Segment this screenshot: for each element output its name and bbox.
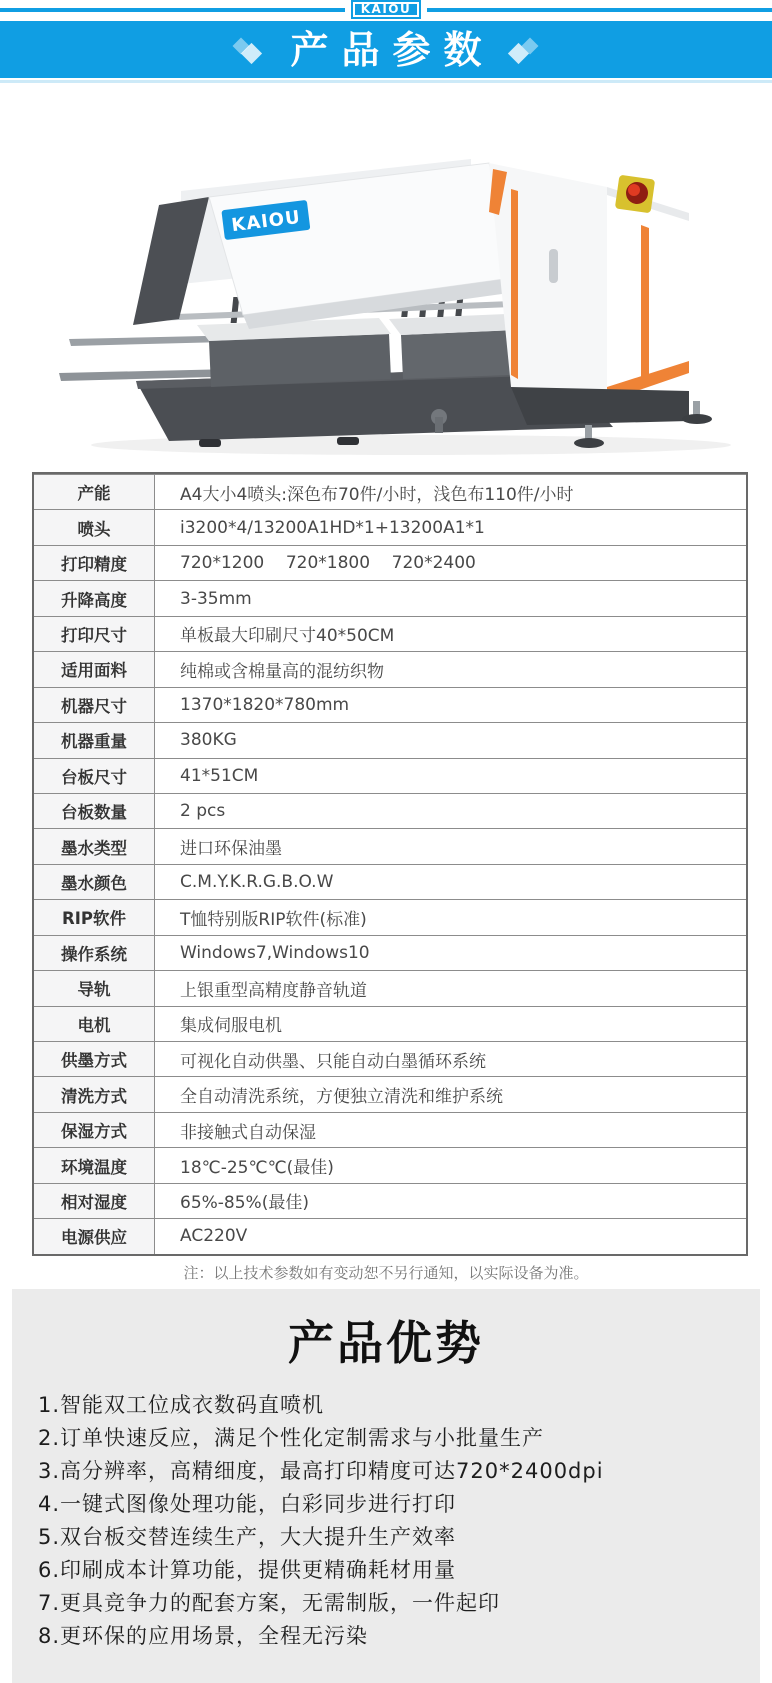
table-row: 台板尺寸 41*51CM xyxy=(34,758,746,793)
spec-label: 操作系统 xyxy=(34,936,155,970)
spec-value: A4大小4喷头:深色布70件/小时，浅色布110件/小时 xyxy=(155,475,746,509)
spec-value: i3200*4/13200A1HD*1+13200A1*1 xyxy=(155,510,746,544)
emergency-stop-button xyxy=(615,175,655,214)
table-row: 适用面料 纯棉或含棉量高的混纺织物 xyxy=(34,651,746,686)
spec-label: 电机 xyxy=(34,1007,155,1041)
strip-line-right xyxy=(427,8,772,12)
table-row: RIP软件 T恤特别版RIP软件(标准) xyxy=(34,899,746,934)
spec-value: T恤特别版RIP软件(标准) xyxy=(155,900,746,934)
spec-value: 集成伺服电机 xyxy=(155,1007,746,1041)
spec-label: 墨水颜色 xyxy=(34,865,155,899)
spec-label: 机器尺寸 xyxy=(34,688,155,722)
spec-label: 相对湿度 xyxy=(34,1184,155,1218)
strip-line-left xyxy=(0,8,345,12)
spec-label: 喷头 xyxy=(34,510,155,544)
table-row: 导轨 上银重型高精度静音轨道 xyxy=(34,970,746,1005)
spec-value: Windows7,Windows10 xyxy=(155,936,746,970)
product-image-container: KAIOU xyxy=(0,83,772,459)
table-row: 打印尺寸 单板最大印刷尺寸40*50CM xyxy=(34,616,746,651)
spec-label: 升降高度 xyxy=(34,581,155,615)
spec-label: 打印尺寸 xyxy=(34,617,155,651)
table-row: 升降高度 3-35mm xyxy=(34,580,746,615)
advantage-item: 7.更具竞争力的配套方案，无需制版，一件起印 xyxy=(38,1587,750,1620)
spec-label: 电源供应 xyxy=(34,1219,155,1253)
spec-label: 机器重量 xyxy=(34,723,155,757)
advantage-item: 2.订单快速反应，满足个性化定制需求与小批量生产 xyxy=(38,1422,750,1455)
table-row: 操作系统 Windows7,Windows10 xyxy=(34,935,746,970)
table-row: 电源供应 AC220V xyxy=(34,1218,746,1253)
spec-label: 台板尺寸 xyxy=(34,759,155,793)
spec-value: 全自动清洗系统，方便独立清洗和维护系统 xyxy=(155,1077,746,1111)
table-row: 电机 集成伺服电机 xyxy=(34,1006,746,1041)
advantages-title: 产品优势 xyxy=(12,1307,760,1373)
spec-value: 可视化自动供墨、只能自动白墨循环系统 xyxy=(155,1042,746,1076)
spec-label: 保湿方式 xyxy=(34,1113,155,1147)
brand-logo: KAIOU xyxy=(351,0,422,19)
table-row: 机器重量 380KG xyxy=(34,722,746,757)
table-row: 墨水类型 进口环保油墨 xyxy=(34,828,746,863)
advantage-item: 4.一键式图像处理功能，白彩同步进行打印 xyxy=(38,1488,750,1521)
table-row: 喷头 i3200*4/13200A1HD*1+13200A1*1 xyxy=(34,509,746,544)
printer-platen xyxy=(209,334,391,387)
table-row: 相对湿度 65%-85%(最佳) xyxy=(34,1183,746,1218)
spec-table: 产能 A4大小4喷头:深色布70件/小时，浅色布110件/小时 喷头 i3200… xyxy=(32,472,748,1256)
page-title: 产品参数 xyxy=(277,31,494,69)
spec-value: 1370*1820*780mm xyxy=(155,688,746,722)
spec-value: AC220V xyxy=(155,1219,746,1253)
spec-value: 单板最大印刷尺寸40*50CM xyxy=(155,617,746,651)
spec-label: 供墨方式 xyxy=(34,1042,155,1076)
table-row: 清洗方式 全自动清洗系统，方便独立清洗和维护系统 xyxy=(34,1076,746,1111)
spec-label: 导轨 xyxy=(34,971,155,1005)
table-row: 产能 A4大小4喷头:深色布70件/小时，浅色布110件/小时 xyxy=(34,474,746,509)
spec-label: 墨水类型 xyxy=(34,829,155,863)
advantage-item: 5.双台板交替连续生产，大大提升生产效率 xyxy=(38,1521,750,1554)
advantage-item: 3.高分辨率，高精细度，最高打印精度可达720*2400dpi xyxy=(38,1455,750,1488)
spec-label: 环境温度 xyxy=(34,1148,155,1182)
advantages-section: 产品优势 1.智能双工位成衣数码直喷机 2.订单快速反应，满足个性化定制需求与小… xyxy=(12,1289,760,1683)
spec-value: 41*51CM xyxy=(155,759,746,793)
table-row: 打印精度 720*1200 720*1800 720*2400 xyxy=(34,545,746,580)
advantages-list: 1.智能双工位成衣数码直喷机 2.订单快速反应，满足个性化定制需求与小批量生产 … xyxy=(12,1389,760,1653)
spec-value: 非接触式自动保湿 xyxy=(155,1113,746,1147)
spec-value: 720*1200 720*1800 720*2400 xyxy=(155,546,746,580)
table-row: 供墨方式 可视化自动供墨、只能自动白墨循环系统 xyxy=(34,1041,746,1076)
diamond-decor-icon xyxy=(233,35,263,65)
spec-label: 台板数量 xyxy=(34,794,155,828)
table-row: 墨水颜色 C.M.Y.K.R.G.B.O.W xyxy=(34,864,746,899)
top-logo-strip: KAIOU xyxy=(0,0,772,21)
advantage-item: 1.智能双工位成衣数码直喷机 xyxy=(38,1389,750,1422)
section-title-banner: 产品参数 xyxy=(0,21,772,78)
spec-value: C.M.Y.K.R.G.B.O.W xyxy=(155,865,746,899)
spec-value: 65%-85%(最佳) xyxy=(155,1184,746,1218)
printer-lower-panel xyxy=(511,387,689,425)
spec-value: 18℃-25℃℃(最佳) xyxy=(155,1148,746,1182)
table-row: 台板数量 2 pcs xyxy=(34,793,746,828)
spec-value: 上银重型高精度静音轨道 xyxy=(155,971,746,1005)
spec-label: 产能 xyxy=(34,475,155,509)
spec-value: 380KG xyxy=(155,723,746,757)
spec-note: 注：以上技术参数如有变动恕不另行通知，以实际设备为准。 xyxy=(0,1256,772,1287)
table-row: 环境温度 18℃-25℃℃(最佳) xyxy=(34,1147,746,1182)
spec-label: 适用面料 xyxy=(34,652,155,686)
spec-label: RIP软件 xyxy=(34,900,155,934)
printer-illustration: KAIOU xyxy=(41,129,731,459)
spec-label: 清洗方式 xyxy=(34,1077,155,1111)
table-row: 保湿方式 非接触式自动保湿 xyxy=(34,1112,746,1147)
diamond-decor-icon xyxy=(509,35,539,65)
spec-value: 3-35mm xyxy=(155,581,746,615)
advantage-item: 6.印刷成本计算功能，提供更精确耗材用量 xyxy=(38,1554,750,1587)
spec-value: 进口环保油墨 xyxy=(155,829,746,863)
spec-value: 纯棉或含棉量高的混纺织物 xyxy=(155,652,746,686)
spec-label: 打印精度 xyxy=(34,546,155,580)
advantage-item: 8.更环保的应用场景，全程无污染 xyxy=(38,1620,750,1653)
table-row: 机器尺寸 1370*1820*780mm xyxy=(34,687,746,722)
spec-value: 2 pcs xyxy=(155,794,746,828)
